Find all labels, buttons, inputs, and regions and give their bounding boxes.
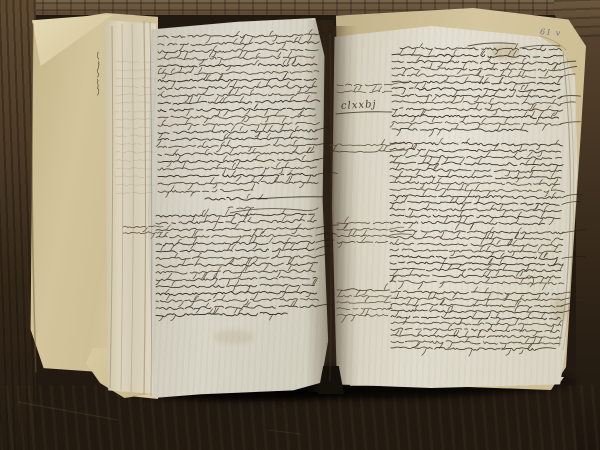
right-manuscript-page bbox=[332, 26, 580, 388]
gutter-shadow-left bbox=[306, 20, 334, 392]
paper-stain bbox=[490, 44, 520, 60]
wood-table-left bbox=[0, 0, 36, 450]
paper-stain bbox=[214, 330, 254, 344]
gutter-shadow-right bbox=[334, 26, 358, 386]
paper-stain bbox=[552, 296, 568, 322]
margin-chapter-numeral: clxxbj bbox=[341, 99, 377, 112]
manuscript-photo-scene: 61 v clxxbj bbox=[0, 0, 600, 450]
folio-number: 61 v bbox=[540, 27, 562, 37]
